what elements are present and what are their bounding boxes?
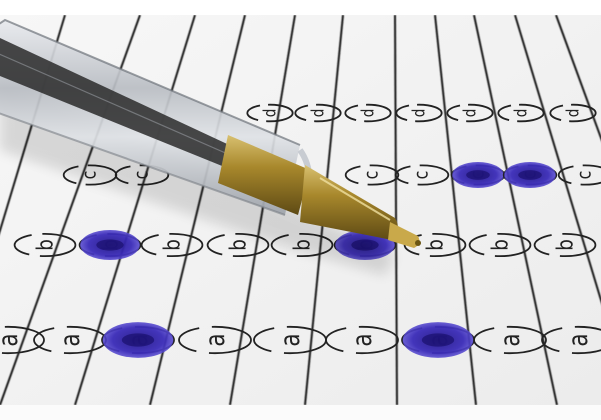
bubble-letter: d: [511, 109, 531, 118]
bubble-letter: d: [460, 109, 480, 118]
bubble-letter: d: [563, 109, 583, 118]
bubble-letter: b: [422, 239, 448, 251]
bubble-letter: a: [563, 333, 594, 346]
bubble-letter: d: [409, 109, 429, 118]
bubble-letter: b: [487, 239, 513, 251]
bubble-letter: c: [361, 171, 383, 180]
bubble-letter: b: [552, 239, 578, 251]
bubble-letter: d: [260, 109, 280, 118]
bubble-letter: d: [308, 109, 328, 118]
answer-sheet-scene: dddddddcccccccbbbbbbbbbaaaaaaaaa: [0, 15, 601, 405]
bubble-letter: a: [347, 333, 378, 346]
bubble-letter: c: [574, 171, 596, 180]
bubble-letter: c: [411, 171, 433, 180]
top-white-border: [0, 0, 601, 15]
bubble-letter: d: [358, 109, 378, 118]
bubble-letter: a: [0, 333, 23, 346]
bubble-letter: a: [275, 333, 306, 346]
bubble-letter: b: [225, 239, 251, 251]
bubble-letter: a: [495, 333, 526, 346]
bubble-letter: b: [32, 239, 58, 251]
bubble-letter: a: [55, 333, 86, 346]
photo-answer-sheet-with-pen: dddddddcccccccbbbbbbbbbaaaaaaaaa: [0, 15, 601, 405]
bubble-letter: b: [159, 239, 185, 251]
bottom-white-border: [0, 405, 601, 420]
bubble-letter: a: [200, 333, 231, 346]
